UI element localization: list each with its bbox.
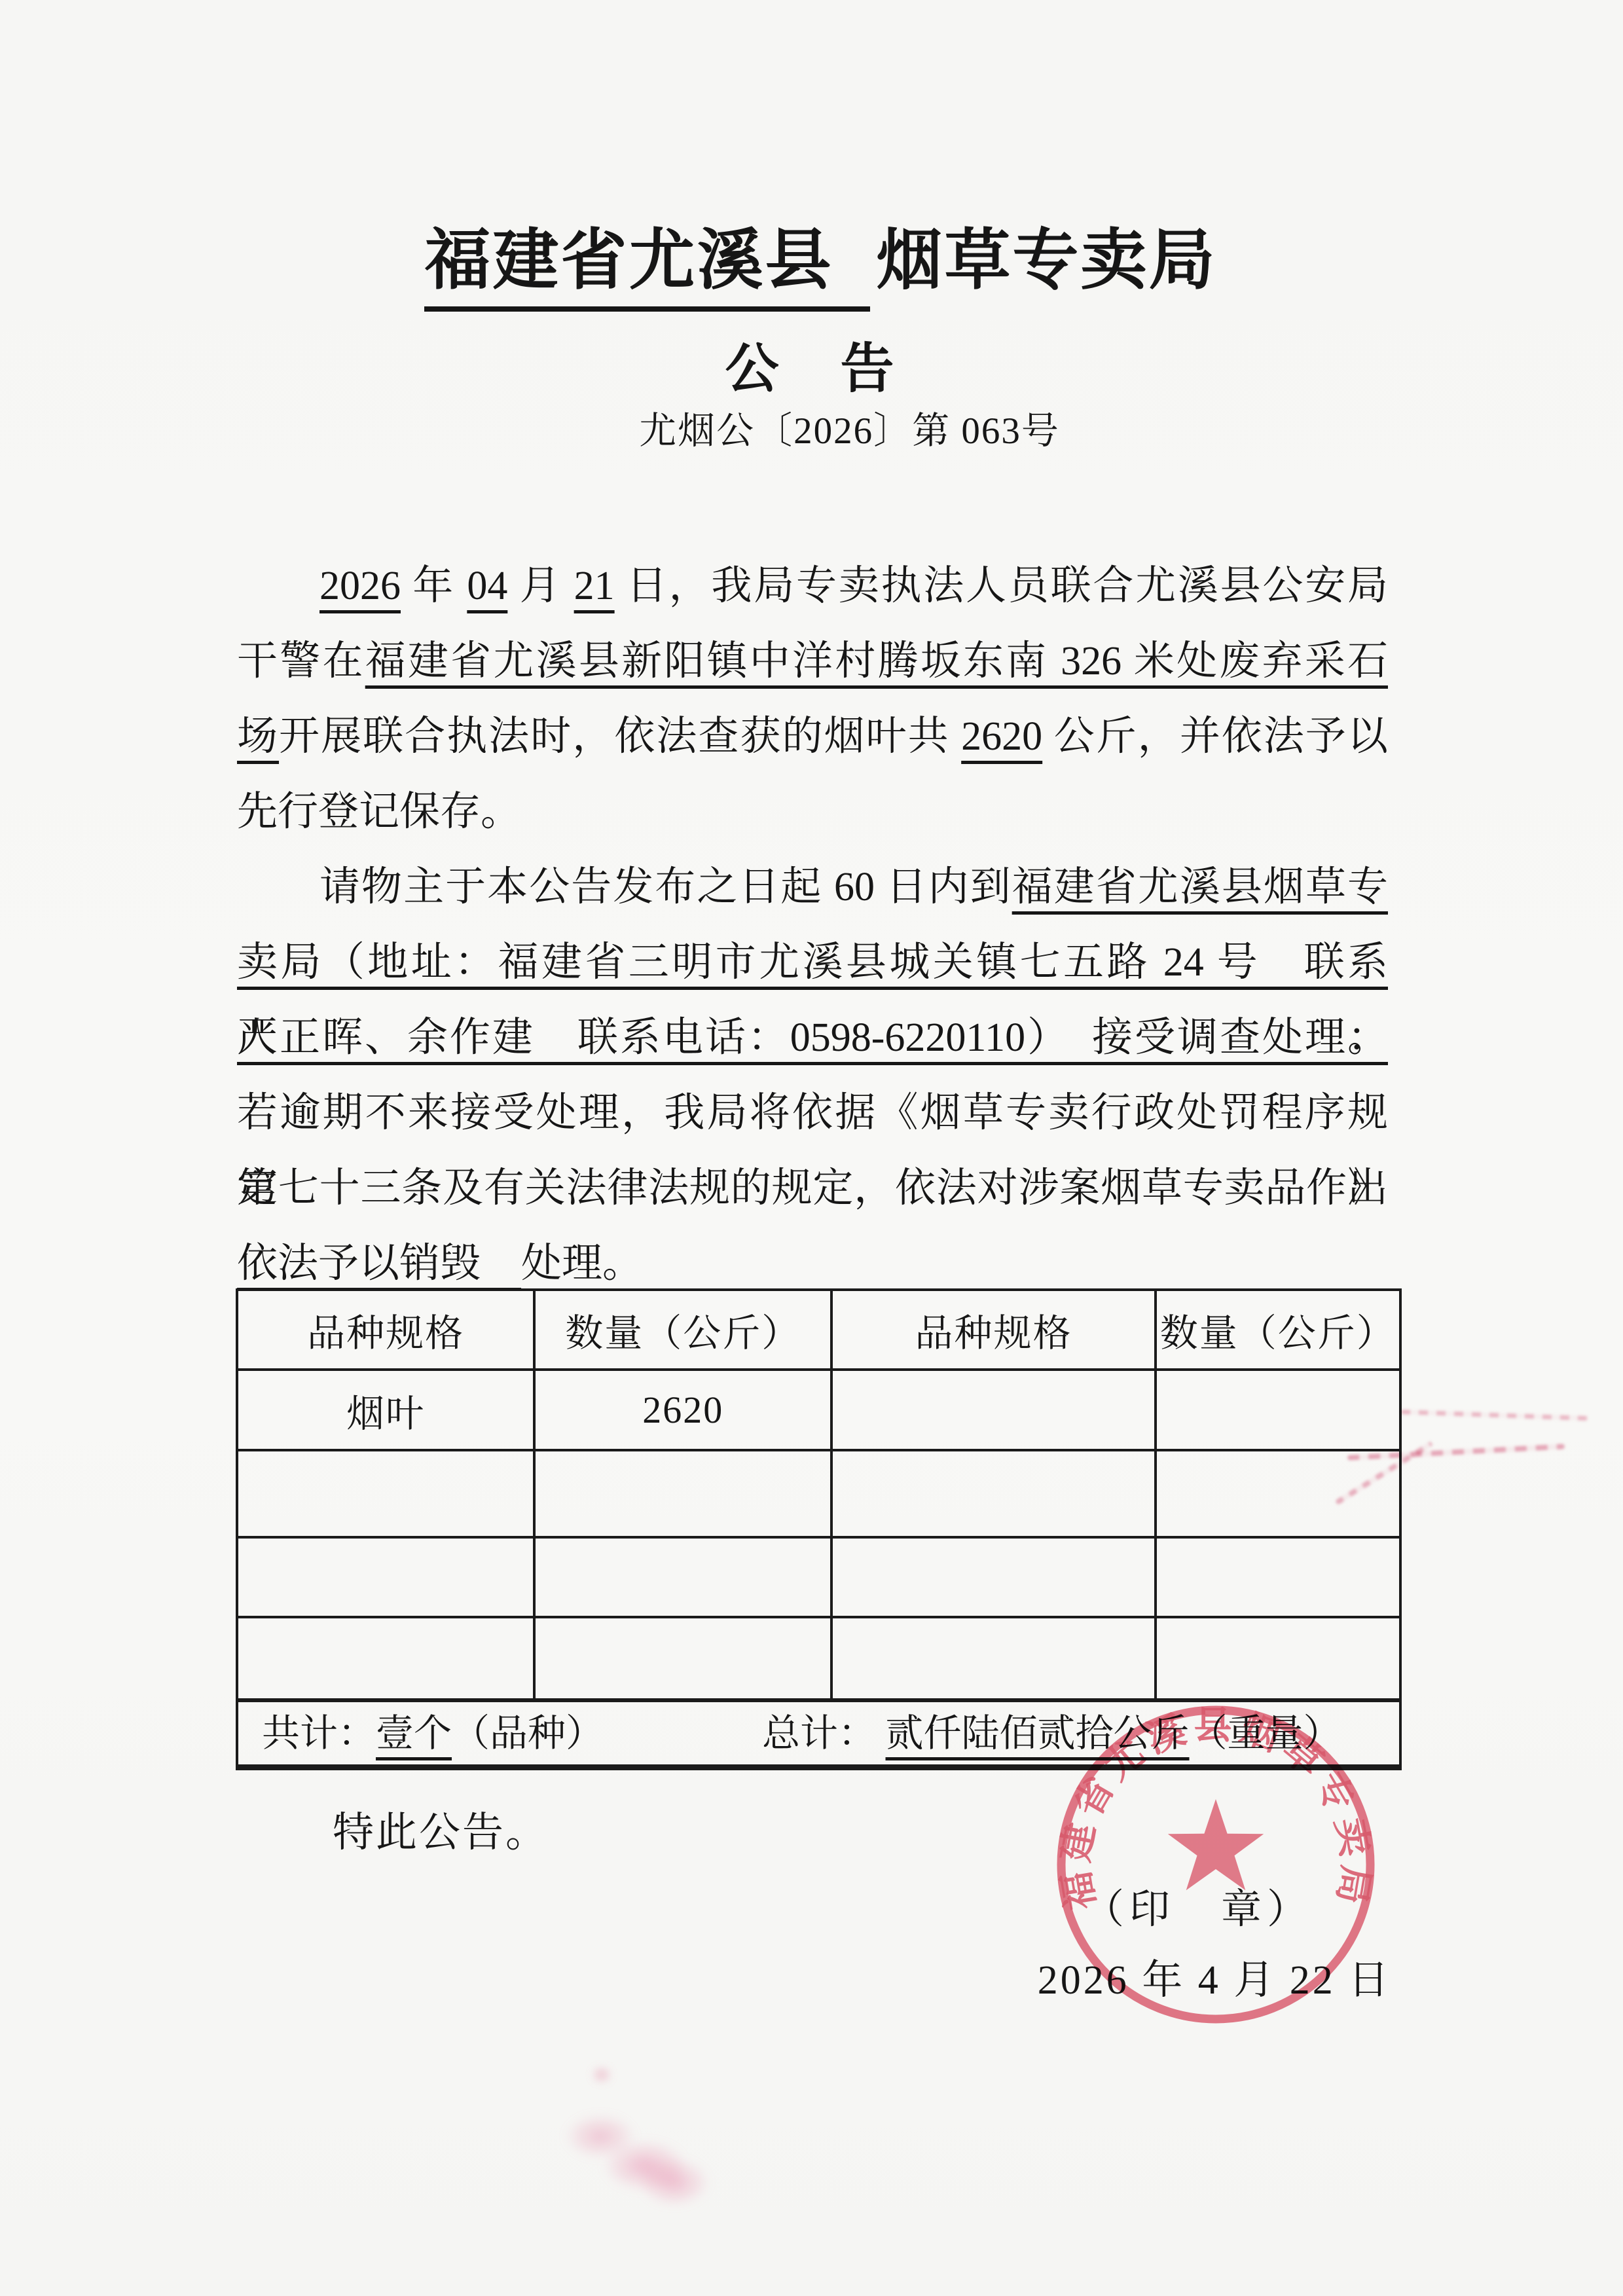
body-line: 场开展联合执法时，依法查获的烟叶共 2620 公斤，并依法予以: [237, 699, 1388, 774]
text-run: 处理。: [521, 1241, 643, 1286]
body-line: 2026 年 04 月 21 日，我局专卖执法人员联合尤溪县公安局: [237, 549, 1388, 624]
document-number: 尤烟公〔2026〕第 063号: [38, 401, 1623, 454]
body-line: 卖局（地址：福建省三明市尤溪县城关镇七五路 24 号 联系人：: [237, 925, 1388, 1000]
seized-items-table: 品种规格数量（公斤）品种规格数量（公斤） 烟叶2620: [236, 1288, 1402, 1702]
text-run: 接受调查处理。: [1049, 1015, 1388, 1060]
text-run: 第七十三条及有关法律法规的规定，依法对涉案烟草专卖品作出: [237, 1166, 1388, 1211]
table-row: 烟叶2620: [237, 1370, 1400, 1450]
text-run: （品种）: [452, 1712, 604, 1755]
table-cell: [1156, 1450, 1400, 1537]
body-line: 严正晖、余作建 联系电话：0598-6220110） 接受调查处理。: [237, 1000, 1388, 1076]
pink-ink-smudge: [564, 2113, 636, 2159]
table-cell: [1156, 1370, 1400, 1450]
table-cell: [237, 1450, 534, 1537]
table-header-cell: 品种规格: [831, 1290, 1155, 1370]
underlined-text: 21: [574, 564, 615, 608]
underlined-text: 场: [237, 714, 279, 759]
body-line: 第七十三条及有关法律法规的规定，依法对涉案烟草专卖品作出: [237, 1151, 1388, 1226]
underlined-text: 2026: [319, 564, 401, 608]
table-cell: [1156, 1617, 1400, 1701]
text-run: 干警在: [237, 639, 365, 683]
table-row: [237, 1617, 1400, 1701]
underlined-text: 福建省尤溪县新阳镇中洋村腾坂东南 326 米处废弃采石: [365, 639, 1388, 683]
totals-count: 共计：壹个（品种）: [262, 1701, 604, 1766]
table-header-cell: 品种规格: [237, 1290, 534, 1370]
announcement-heading: 公 告: [0, 326, 1623, 403]
pink-ink-smudge: [638, 2158, 710, 2207]
table-cell: [237, 1617, 534, 1701]
table-cell: [534, 1537, 831, 1617]
body-line: 干警在福建省尤溪县新阳镇中洋村腾坂东南 326 米处废弃采石: [237, 624, 1388, 699]
underlined-text: 依法予以销毁: [237, 1241, 521, 1286]
body-line: 先行登记保存。: [237, 774, 1388, 850]
underlined-text: 严正晖、余作建 联系电话：0598-6220110）: [237, 1015, 1049, 1060]
scanned-announcement-page: 福建省尤溪县烟草专卖局 公 告 尤烟公〔2026〕第 063号 2026 年 0…: [0, 0, 1623, 2296]
pink-ink-streak: [1401, 1410, 1588, 1421]
text-run: 月: [507, 564, 574, 608]
table-cell: [831, 1370, 1155, 1450]
table-header-cell: 数量（公斤）: [534, 1290, 831, 1370]
table-cell: 烟叶: [237, 1370, 534, 1450]
table-body: 烟叶2620: [237, 1370, 1400, 1701]
table-header-cell: 数量（公斤）: [1156, 1290, 1400, 1370]
title-issuer-underlined: 福建省尤溪县: [424, 221, 869, 312]
title-issuer-rest: 烟草专卖局: [877, 221, 1217, 299]
closing-statement: 特此公告。: [333, 1799, 549, 1859]
table-cell: 2620: [534, 1370, 831, 1450]
table-row: [237, 1537, 1400, 1617]
official-stamp: 福建省尤溪县烟草专卖局: [1048, 1697, 1383, 2032]
table-cell: [831, 1537, 1155, 1617]
table-cell: [534, 1617, 831, 1701]
pink-ink-smudge: [593, 2068, 611, 2082]
underlined-text: 壹个: [376, 1712, 452, 1755]
table-cell: [237, 1537, 534, 1617]
pink-ink-smudge: [602, 2140, 687, 2192]
text-run: 公斤，并依法予以: [1042, 714, 1388, 759]
table-cell: [831, 1617, 1155, 1701]
body-line: 若逾期不来接受处理，我局将依据《烟草专卖行政处罚程序规定》: [237, 1076, 1388, 1151]
table-cell: [1156, 1537, 1400, 1617]
body-text: 2026 年 04 月 21 日，我局专卖执法人员联合尤溪县公安局干警在福建省尤…: [237, 549, 1388, 1302]
underlined-text: 04: [467, 564, 507, 608]
text-run: 共计：: [262, 1712, 376, 1755]
text-run: 先行登记保存。: [237, 790, 521, 834]
body-line: 请物主于本公告发布之日起 60 日内到福建省尤溪县烟草专: [237, 850, 1388, 925]
underlined-text: 福建省尤溪县烟草专: [1012, 865, 1388, 909]
text-run: 日，我局专卖执法人员联合尤溪县公安局: [615, 564, 1388, 608]
table-row: [237, 1450, 1400, 1537]
page-title: 福建省尤溪县烟草专卖局: [9, 207, 1623, 302]
text-run: 请物主于本公告发布之日起 60 日内到: [319, 865, 1012, 909]
underlined-text: 2620: [961, 714, 1042, 759]
table-header-row: 品种规格数量（公斤）品种规格数量（公斤）: [237, 1290, 1400, 1370]
text-run: 总计：: [762, 1712, 886, 1755]
table-cell: [534, 1450, 831, 1537]
table-cell: [831, 1450, 1155, 1537]
stamp-star-icon: [1168, 1799, 1264, 1890]
text-run: 年: [401, 564, 467, 608]
text-run: 开展联合执法时，依法查获的烟叶共: [279, 714, 961, 759]
